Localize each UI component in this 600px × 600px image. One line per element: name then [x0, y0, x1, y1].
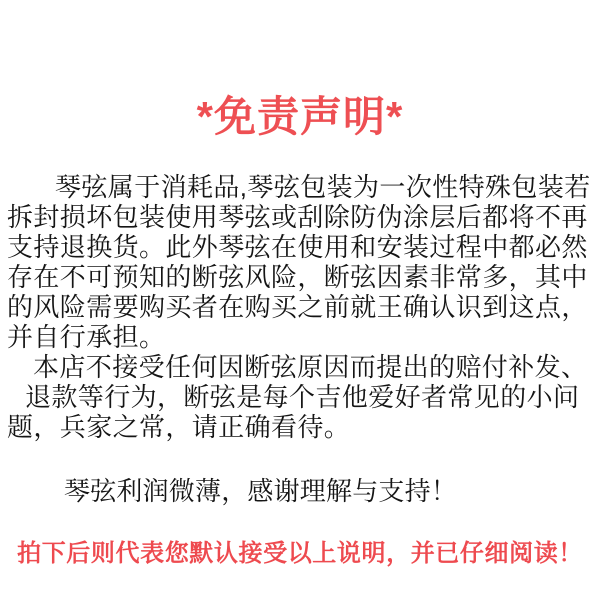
disclaimer-line: 本店不接受任何因断弦原因而提出的赔付补发、	[7, 352, 595, 382]
disclaimer-line: 存在不可预知的断弦风险，断弦因素非常多，其中	[7, 262, 595, 292]
disclaimer-title: *免责声明*	[0, 94, 600, 140]
disclaimer-line: 的风险需要购买者在购买之前就王确认识到这点，	[7, 292, 595, 322]
disclaimer-notice: *免责声明* 琴弦属于消耗品,琴弦包装为一次性特殊包装若 拆封损坏包装使用琴弦或…	[0, 0, 600, 600]
thanks-note: 琴弦利润微薄，感谢理解与支持！	[64, 475, 457, 507]
disclaimer-line: 题，兵家之常，请正确看待。	[7, 412, 595, 442]
disclaimer-line: 拆封损坏包装使用琴弦或刮除防伪涂层后都将不再	[7, 202, 595, 232]
disclaimer-line: 支持退换货。此外琴弦在使用和安装过程中都必然	[7, 232, 595, 262]
acceptance-warning: 拍下后则代表您默认接受以上说明，并已仔细阅读！	[0, 539, 600, 569]
disclaimer-line: 琴弦属于消耗品,琴弦包装为一次性特殊包装若	[7, 172, 595, 202]
disclaimer-line: 并自行承担。	[7, 322, 595, 352]
disclaimer-line: 退款等行为，断弦是每个吉他爱好者常见的小问	[7, 382, 595, 412]
disclaimer-body: 琴弦属于消耗品,琴弦包装为一次性特殊包装若 拆封损坏包装使用琴弦或刮除防伪涂层后…	[7, 172, 595, 442]
